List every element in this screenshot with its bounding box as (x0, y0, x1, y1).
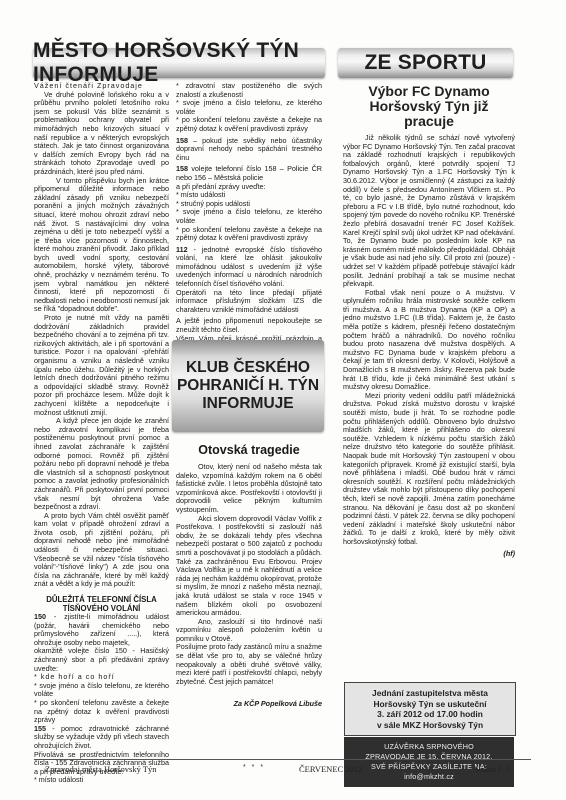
number-158-call: 158 volejte telefonní číslo 158 – Polici… (176, 165, 322, 182)
number-150-call: okamžitě volejte číslo 150 - Hasičský zá… (34, 647, 169, 673)
reminder-text: A ještě jedno připomenutí nepokoušejte s… (176, 317, 322, 334)
footer-page-number: Strana č. 5 (474, 764, 510, 774)
deadline-notice: UZÁVĚRKA SRPNOVÉHO ZPRAVODAJE JE 15. ČER… (344, 737, 514, 787)
number-150: 150 - zjistíte-li mimořádnou událost (po… (34, 613, 169, 647)
list-item: * zdravotní stav postiženého dle svých z… (176, 82, 322, 99)
number-text: - pomoc zdravotnické záchranné služby se… (34, 724, 169, 750)
notice-line: Horšovský Týn se uskuteční (345, 699, 515, 710)
paragraph: Mezi priority vedení oddílu patří mládež… (343, 392, 515, 547)
footer-date: ČERVENEC 2012 (299, 764, 362, 774)
deadline-line: UZÁVĚRKA SRPNOVÉHO (344, 742, 514, 752)
paragraph: A když přece jen dojde ke zranění nebo z… (34, 417, 169, 512)
sport-title-line: Výbor FC Dynamo (343, 84, 515, 99)
paragraph: V tomto příspěvku bych jen krátce připom… (34, 177, 169, 315)
club-banner-line: INFORMUJE (202, 395, 293, 413)
sport-banner: ZE SPORTU (338, 48, 513, 78)
list-item: * svoje jméno a číslo telefonu, ze které… (176, 208, 322, 225)
city-article-column-1: Vážení čtenáři Zpravodaje Ve druhé polov… (34, 82, 169, 785)
notice-line: v sále MKZ Horšovský Týn (345, 720, 515, 731)
paragraph: Již několik týdnů se schází nově vytvoře… (343, 134, 515, 289)
paragraph: Proto je nutné mít vždy na paměti dodržo… (34, 314, 169, 417)
number-158: 158 – pokud jste svědky nebo účastníky d… (176, 137, 322, 163)
footer-stars: * * * (396, 764, 418, 771)
sport-signature: (hf) (343, 550, 515, 559)
list-item: * místo události (34, 776, 169, 785)
paragraph: Posilujme proto řady zastánců míru a sna… (176, 643, 322, 686)
number-text: - jednotné evropské číslo tísňového volá… (176, 245, 322, 288)
notice-line: Jednání zastupitelstva města (345, 688, 515, 699)
number-text: volejte telefonní číslo 158 – Policie ČR… (176, 164, 322, 182)
footer-stars: * * * (243, 764, 265, 771)
club-signature: Za KČP Popelková Libuše (176, 700, 322, 709)
number-155: 155 - pomoc zdravotnické záchranné služb… (34, 725, 169, 751)
number-text: - zjistíte-li mimořádnou událost (požár,… (34, 612, 169, 647)
list-item: * svoje jméno a číslo telefonu, ze které… (34, 682, 169, 699)
paragraph: A proto bych Vám chtěl osvěžit paměť kam… (34, 512, 169, 589)
list-item: * po skončení telefonu zavěste a čekejte… (176, 226, 322, 243)
club-banner: KLUB ČESKÉHO POHRANIČÍ H. TÝN INFORMUJE (172, 340, 324, 432)
club-banner-line: POHRANIČÍ H. TÝN (177, 377, 319, 395)
paragraph: Ano, zaslouží si tito hrdinové naši vzpo… (176, 618, 322, 644)
footer-divider (34, 759, 531, 760)
paragraph: Otov, který není od našeho města tak dal… (176, 463, 322, 515)
notice-line: 3. září 2012 od 17.00 hodin (345, 709, 515, 720)
council-meeting-notice: Jednání zastupitelstva města Horšovský T… (344, 682, 516, 736)
sport-title-line: Horšovský Týn již pracuje (343, 99, 515, 129)
paragraph: Fotbal však není pouze o A mužstvu. V up… (343, 289, 515, 392)
main-banner: MĚSTO HORŠOVSKÝ TÝN INFORMUJE (33, 48, 325, 78)
list-item: * po skončení telefonu zavěste a čekejte… (176, 116, 322, 133)
numbers-heading: DŮLEŽITÁ TELEFONNÍ ČÍSLA TÍSŇOVÉHO VOLÁN… (34, 595, 169, 613)
operators-text: Operátoři na této lince předají přijaté … (176, 289, 322, 315)
number-112: 112 - jednotné evropské číslo tísňového … (176, 246, 322, 289)
club-banner-line: KLUB ČESKÉHO (186, 359, 310, 377)
sport-article-title: Výbor FC Dynamo Horšovský Týn již pracuj… (343, 84, 515, 129)
list-item: * svoje jméno a číslo telefonu, ze které… (176, 99, 322, 116)
sport-article: Výbor FC Dynamo Horšovský Týn již pracuj… (343, 80, 515, 558)
paragraph: Ve druhé polovině loňského roku a v průb… (34, 91, 169, 177)
numbers-heading-line: DŮLEŽITÁ TELEFONNÍ ČÍSLA (34, 595, 169, 604)
club-article-title: Otovská tragedie (176, 443, 322, 457)
paragraph: Akci slovem doprovodil Václav Volfík z P… (176, 515, 322, 618)
deadline-line: ZPRAVODAJE JE 15. ČERVNA 2012. (344, 752, 514, 762)
footer-publication: Zpravodaj města Horšovský Týn (45, 764, 157, 774)
newsletter-page: MĚSTO HORŠOVSKÝ TÝN INFORMUJE ZE SPORTU … (0, 0, 566, 800)
list-item: * po skončení telefonu zavěste a čekejte… (34, 699, 169, 725)
club-article: Otovská tragedie Otov, který není od naš… (176, 438, 322, 709)
number-text: – pokud jste svědky nebo účastníky dopra… (176, 136, 322, 162)
